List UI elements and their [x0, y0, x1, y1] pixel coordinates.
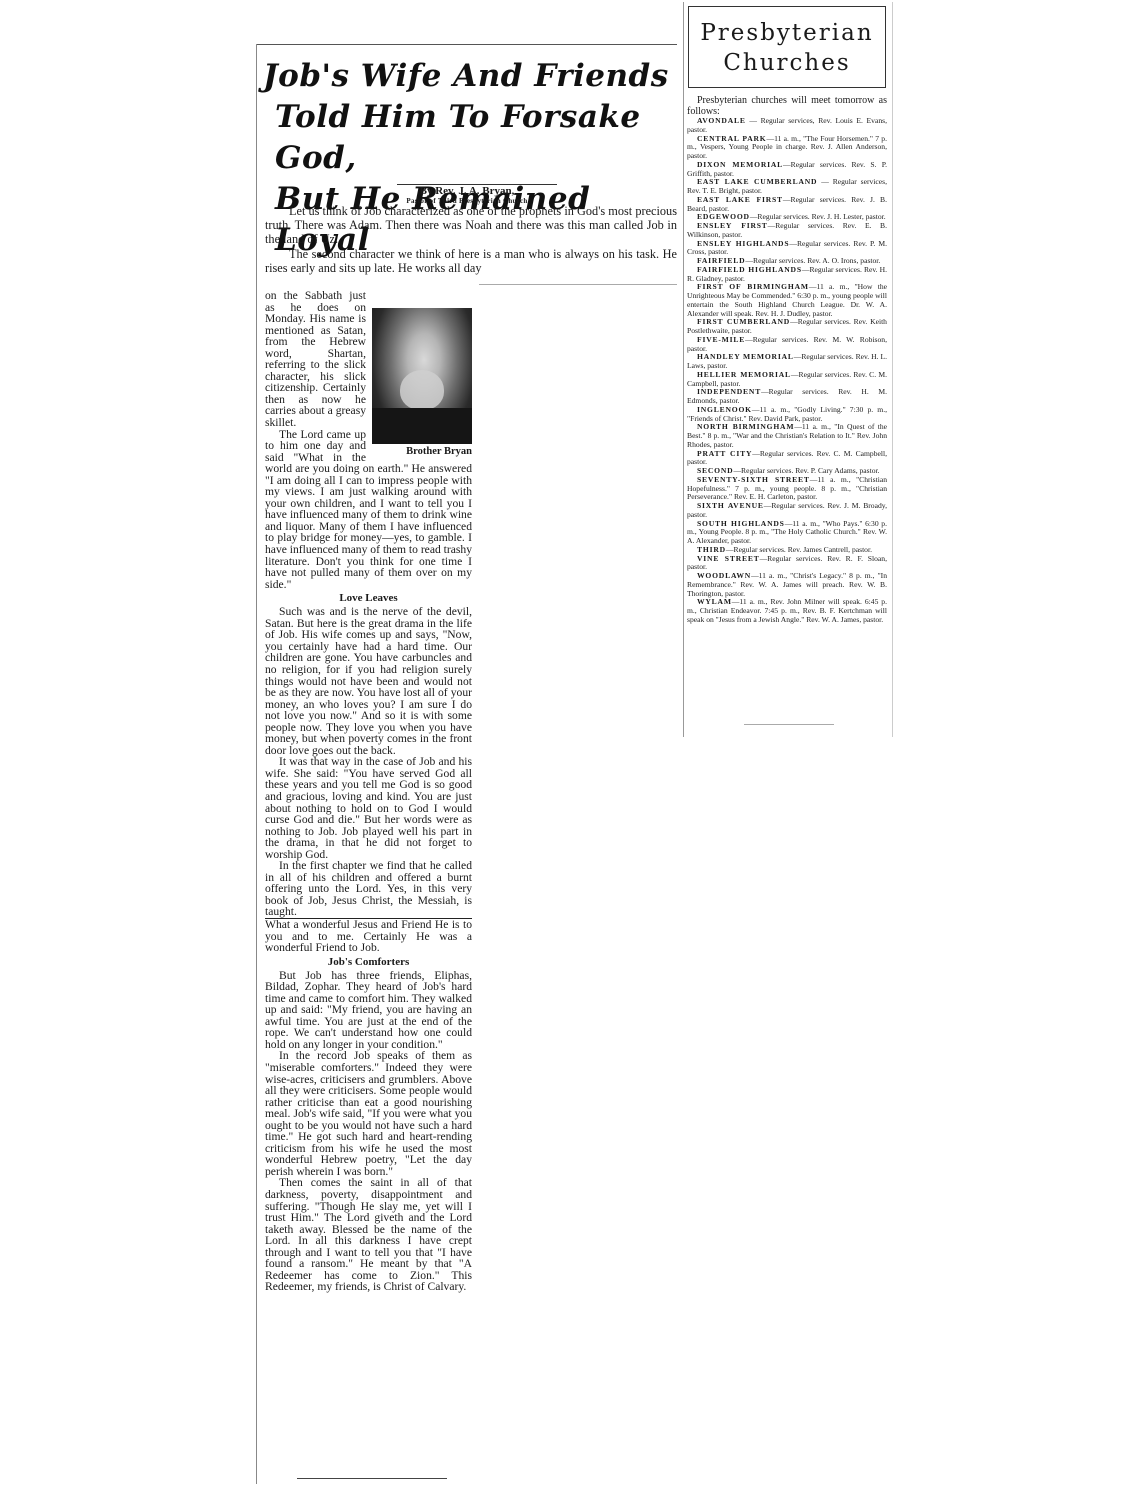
church-name: SECOND [697, 466, 733, 475]
portrait-photo: Brother Bryan [372, 308, 472, 458]
paragraph: What a wonderful Jesus and Friend He is … [265, 919, 472, 954]
church-entry: INGLENOOK—11 a. m., "Godly Living." 7:30… [687, 406, 887, 424]
photo-top-rule [479, 284, 677, 285]
church-entry: PRATT CITY—Regular services. Rev. C. M. … [687, 450, 887, 468]
church-entry: DIXON MEMORIAL—Regular services. Rev. S.… [687, 161, 887, 179]
listings-lead: Presbyterian churches will meet tomorrow… [687, 96, 887, 117]
subhead-jobs-comforters: Job's Comforters [265, 956, 472, 968]
church-entry: HANDLEY MEMORIAL—Regular services. Rev. … [687, 353, 887, 371]
paragraph: Then comes the saint in all of that dark… [265, 1177, 472, 1292]
subhead-love-leaves: Love Leaves [265, 592, 472, 604]
church-name: WOODLAWN [697, 571, 751, 580]
church-service-details: —Regular services. Rev. James Cantrell, … [726, 545, 872, 554]
intro-paragraph-1: Let us think of Job characterized as one… [265, 205, 677, 246]
byline: By Rev. J. A. Bryan, [257, 185, 677, 197]
church-entries: AVONDALE — Regular services, Rev. Louis … [687, 117, 887, 625]
church-entry: ENSLEY HIGHLANDS—Regular services. Rev. … [687, 240, 887, 258]
article-column: Brother Bryan on the Sabbath just as he … [265, 290, 472, 1293]
church-entry: FIVE-MILE—Regular services. Rev. M. W. R… [687, 336, 887, 354]
church-entry: FAIRFIELD HIGHLANDS—Regular services. Re… [687, 266, 887, 284]
paragraph: In the record Job speaks of them as "mis… [265, 1050, 472, 1177]
listings-body: Presbyterian churches will meet tomorrow… [687, 96, 887, 625]
church-entry: NORTH BIRMINGHAM—11 a. m., "In Quest of … [687, 423, 887, 449]
church-entry: ENSLEY FIRST—Regular services. Rev. E. B… [687, 222, 887, 240]
listings-title-box: Presbyterian Churches [688, 6, 886, 88]
portrait-image [372, 308, 472, 444]
church-name: EAST LAKE CUMBERLAND [697, 177, 817, 186]
church-name: SEVENTY-SIXTH STREET [697, 475, 810, 484]
church-name: SOUTH HIGHLANDS [697, 519, 785, 528]
church-name: HELLIER MEMORIAL [697, 370, 791, 379]
church-entry: EAST LAKE CUMBERLAND — Regular services,… [687, 178, 887, 196]
church-name: EDGEWOOD [697, 212, 750, 221]
church-name: SIXTH AVENUE [697, 501, 764, 510]
church-entry: CENTRAL PARK—11 a. m., "The Four Horseme… [687, 135, 887, 161]
church-entry: SEVENTY-SIXTH STREET—11 a. m., "Christia… [687, 476, 887, 502]
end-rule [744, 724, 834, 725]
church-name: INDEPENDENT [697, 387, 761, 396]
church-name: ENSLEY HIGHLANDS [697, 239, 789, 248]
church-name: THIRD [697, 545, 726, 554]
top-rule [257, 44, 677, 45]
church-entry: FIRST OF BIRMINGHAM—11 a. m., "How the U… [687, 283, 887, 318]
paragraph: Such was and is the nerve of the devil, … [265, 606, 472, 756]
paragraph: It was that way in the case of Job and h… [265, 756, 472, 860]
church-name: FIRST CUMBERLAND [697, 317, 790, 326]
church-entry: FIRST CUMBERLAND—Regular services. Rev. … [687, 318, 887, 336]
church-entry: WYLAM—11 a. m., Rev. John Milner will sp… [687, 598, 887, 624]
church-service-details: —Regular services. Rev. P. Cary Adams, p… [733, 466, 879, 475]
church-entry: SIXTH AVENUE—Regular services. Rev. J. M… [687, 502, 887, 520]
headline-line-2: Told Him To Forsake God, [263, 97, 675, 179]
church-name: EAST LAKE FIRST [697, 195, 783, 204]
listings-title: Presbyterian Churches [689, 18, 885, 78]
church-name: PRATT CITY [697, 449, 752, 458]
church-entry: EAST LAKE FIRST—Regular services. Rev. J… [687, 196, 887, 214]
end-rule [297, 1478, 447, 1479]
church-name: DIXON MEMORIAL [697, 160, 783, 169]
intro-paragraph-2: The second character we think of here is… [265, 248, 677, 276]
church-name: VINE STREET [697, 554, 760, 563]
church-entry: AVONDALE — Regular services, Rev. Louis … [687, 117, 887, 135]
church-entry: VINE STREET—Regular services. Rev. R. F.… [687, 555, 887, 573]
church-name: FAIRFIELD [697, 256, 745, 265]
paragraph: But Job has three friends, Eliphas, Bild… [265, 970, 472, 1051]
church-name: WYLAM [697, 597, 732, 606]
church-name: AVONDALE [697, 116, 746, 125]
church-name: ENSLEY FIRST [697, 221, 768, 230]
church-entry: WOODLAWN—11 a. m., "Christ's Legacy." 8 … [687, 572, 887, 598]
church-name: NORTH BIRMINGHAM [697, 422, 794, 431]
church-name: FIVE-MILE [697, 335, 745, 344]
church-name: FAIRFIELD HIGHLANDS [697, 265, 802, 274]
church-entry: HELLIER MEMORIAL—Regular services. Rev. … [687, 371, 887, 389]
church-entry: INDEPENDENT—Regular services. Rev. H. M.… [687, 388, 887, 406]
church-entry: SOUTH HIGHLANDS—11 a. m., "Who Pays." 6:… [687, 520, 887, 546]
church-listings-clipping: Presbyterian Churches Presbyterian churc… [683, 2, 893, 737]
headline-line-1: Job's Wife And Friends [263, 56, 675, 97]
church-name: FIRST OF BIRMINGHAM [697, 282, 809, 291]
church-name: INGLENOOK [697, 405, 752, 414]
article-clipping: Job's Wife And Friends Told Him To Forsa… [256, 44, 677, 1484]
church-service-details: —Regular services. Rev. A. O. Irons, pas… [745, 256, 880, 265]
church-service-details: —Regular services. Rev. J. H. Lester, pa… [750, 212, 886, 221]
church-name: HANDLEY MEMORIAL [697, 352, 794, 361]
church-name: CENTRAL PARK [697, 134, 767, 143]
photo-caption: Brother Bryan [372, 446, 472, 458]
paragraph: In the first chapter we find that he cal… [265, 860, 472, 918]
